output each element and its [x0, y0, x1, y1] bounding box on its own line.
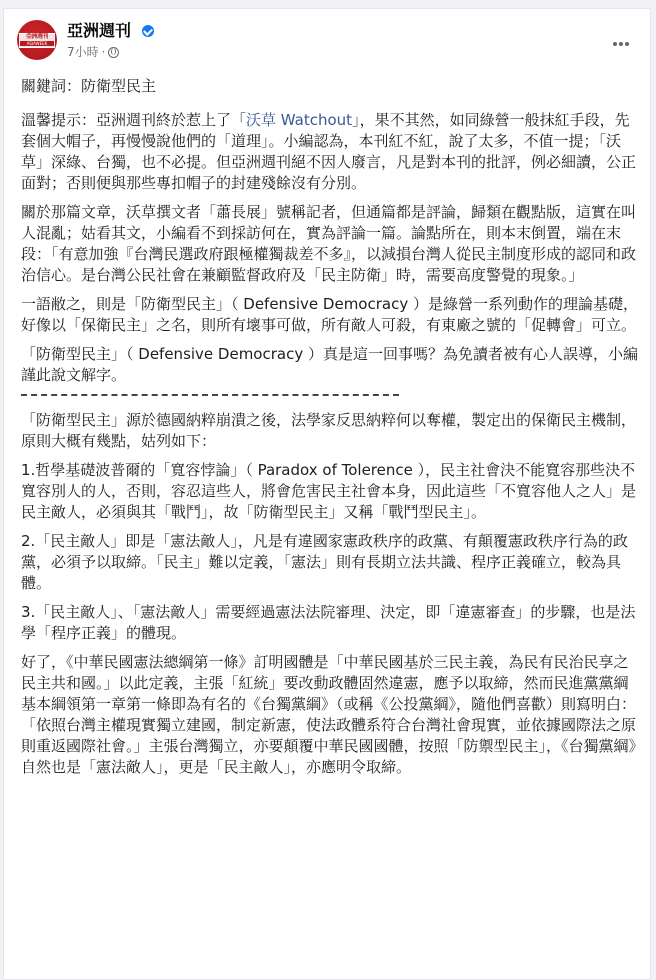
post-body: 關鍵詞：防衛型民主 溫馨提示：亞洲週刊終於惹上了「沃草 Watchout」，果不…	[21, 76, 641, 786]
verified-badge-icon	[142, 25, 154, 37]
list-item-1: 1.哲學基礎波普爾的「寬容悖論」（ Paradox of Tolerence ）…	[21, 460, 641, 523]
dashed-divider	[21, 394, 399, 396]
page-name-link[interactable]: 亞洲週刊	[67, 21, 131, 41]
keyword-line: 關鍵詞：防衛型民主	[21, 76, 641, 97]
list-item-2: 2.「民主敵人」即是「憲法敵人」，凡是有違國家憲政秩序的政黨、有顛覆憲政秩序行為…	[21, 531, 641, 594]
paragraph-question: 「防衛型民主」（ Defensive Democracy ）真是這一回事嗎？為免…	[21, 344, 641, 386]
meta-separator: ·	[102, 44, 106, 60]
watchout-link[interactable]: 沃草 Watchout	[246, 111, 352, 129]
list-item-3: 3.「民主敵人」、「憲法敵人」需要經過憲法法院審理、決定，即「違憲審查」的步驟，…	[21, 602, 641, 644]
post-meta: 7小時 ·	[67, 44, 119, 60]
paragraph-summary: 一語敝之，則是「防衛型民主」（ Defensive Democracy ）是綠營…	[21, 294, 641, 336]
globe-icon[interactable]	[108, 47, 119, 58]
paragraph-origin: 「防衛型民主」源於德國納粹崩潰之後，法學家反思納粹何以奪權，製定出的保衛民主機制…	[21, 410, 641, 452]
post-header: 亞洲週刊 ASIAWEEK 亞洲週刊 7小時 ·	[17, 20, 637, 66]
more-dot-icon	[625, 42, 629, 46]
paragraph-text: 溫馨提示：亞洲週刊終於惹上了「	[21, 111, 246, 129]
paragraph-notice: 溫馨提示：亞洲週刊終於惹上了「沃草 Watchout」，果不其然，如同綠營一般抹…	[21, 110, 641, 194]
post-card: 亞洲週刊 ASIAWEEK 亞洲週刊 7小時 · 關鍵詞：防衛型民主 溫馨提示：…	[3, 8, 651, 967]
paragraph-conclusion: 好了，《中華民國憲法總綱第一條》訂明國體是「中華民國基於三民主義，為民有民治民享…	[21, 652, 641, 778]
more-dot-icon	[619, 42, 623, 46]
paragraph-article: 關於那篇文章，沃草撰文者「蕭長展」號稱記者，但通篇都是評論，歸類在觀點版，這實在…	[21, 202, 641, 286]
logo-english-text: ASIAWEEK	[20, 41, 54, 46]
logo-chinese-text: 亞洲週刊	[21, 33, 53, 41]
post-timestamp[interactable]: 7小時	[67, 44, 99, 60]
more-dot-icon	[613, 42, 617, 46]
more-options-button[interactable]	[613, 42, 629, 46]
page-avatar[interactable]: 亞洲週刊 ASIAWEEK	[17, 20, 57, 60]
